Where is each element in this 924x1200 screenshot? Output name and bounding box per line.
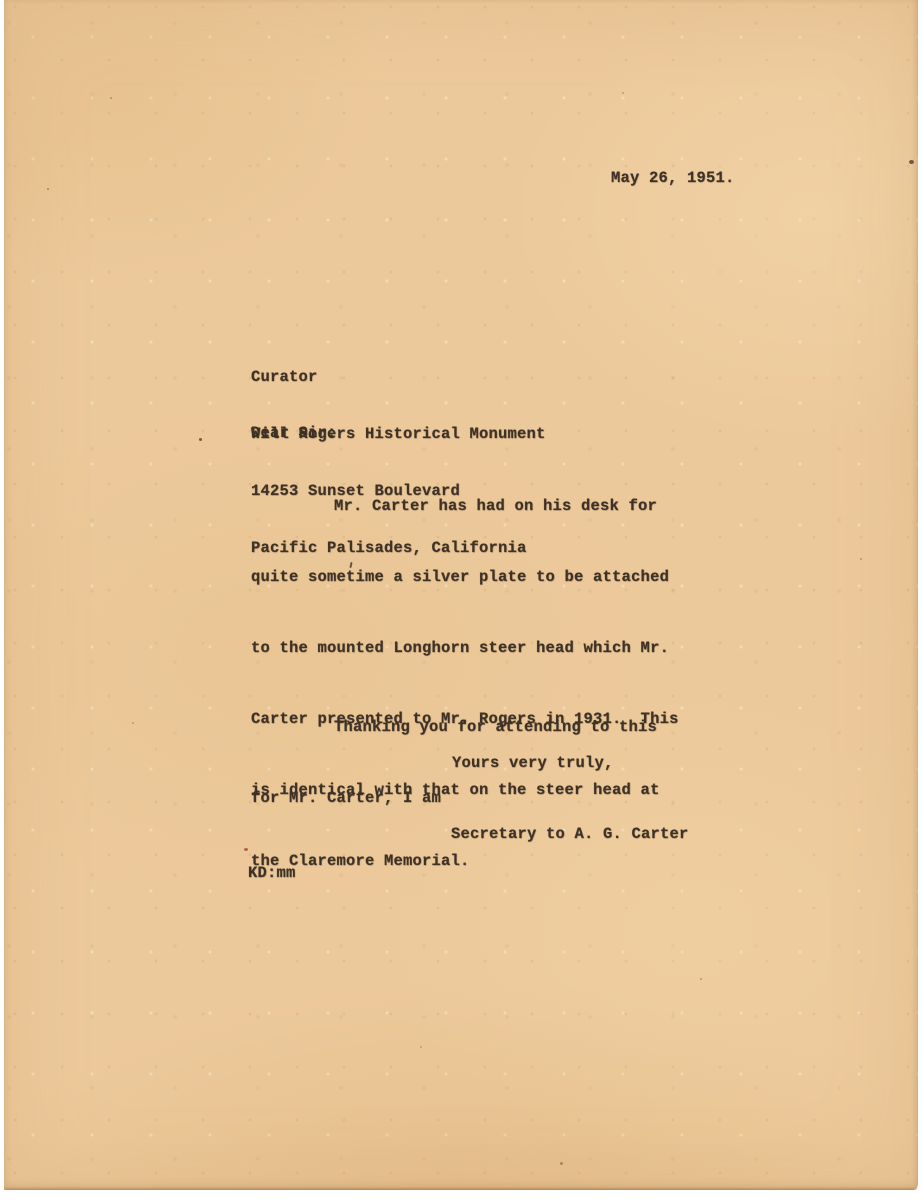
letter-date: May 26, 1951. — [611, 169, 735, 187]
salutation: Dear Sir: — [251, 424, 337, 442]
paper-speck — [110, 97, 112, 99]
letter-paper: May 26, 1951. Curator Will Rogers Histor… — [4, 0, 918, 1190]
signature-line: Secretary to A. G. Carter — [451, 825, 689, 843]
letter-line: quite sometime a silver plate to be atta… — [251, 560, 679, 595]
letter-line: Thanking you for attending to this — [251, 710, 657, 745]
paper-speck — [199, 438, 202, 441]
paper-speck — [420, 1046, 422, 1048]
recipient-line: Curator — [251, 367, 546, 388]
scanned-letter-page: May 26, 1951. Curator Will Rogers Histor… — [0, 0, 924, 1200]
paper-speck — [622, 92, 624, 94]
paper-speck — [860, 558, 862, 560]
complimentary-closing: Yours very truly, — [452, 754, 614, 772]
paper-speck — [700, 978, 702, 980]
paper-speck — [244, 848, 248, 851]
paper-speck — [909, 160, 914, 164]
paper-speck — [47, 188, 49, 190]
paper-speck — [560, 1162, 563, 1165]
letter-line: to the mounted Longhorn steer head which… — [251, 631, 679, 666]
paper-speck — [132, 722, 134, 724]
letter-line: Mr. Carter has had on his desk for — [251, 489, 679, 524]
letter-line: for Mr. Carter, I am — [251, 781, 657, 816]
typist-initials: KD:mm — [248, 864, 296, 882]
